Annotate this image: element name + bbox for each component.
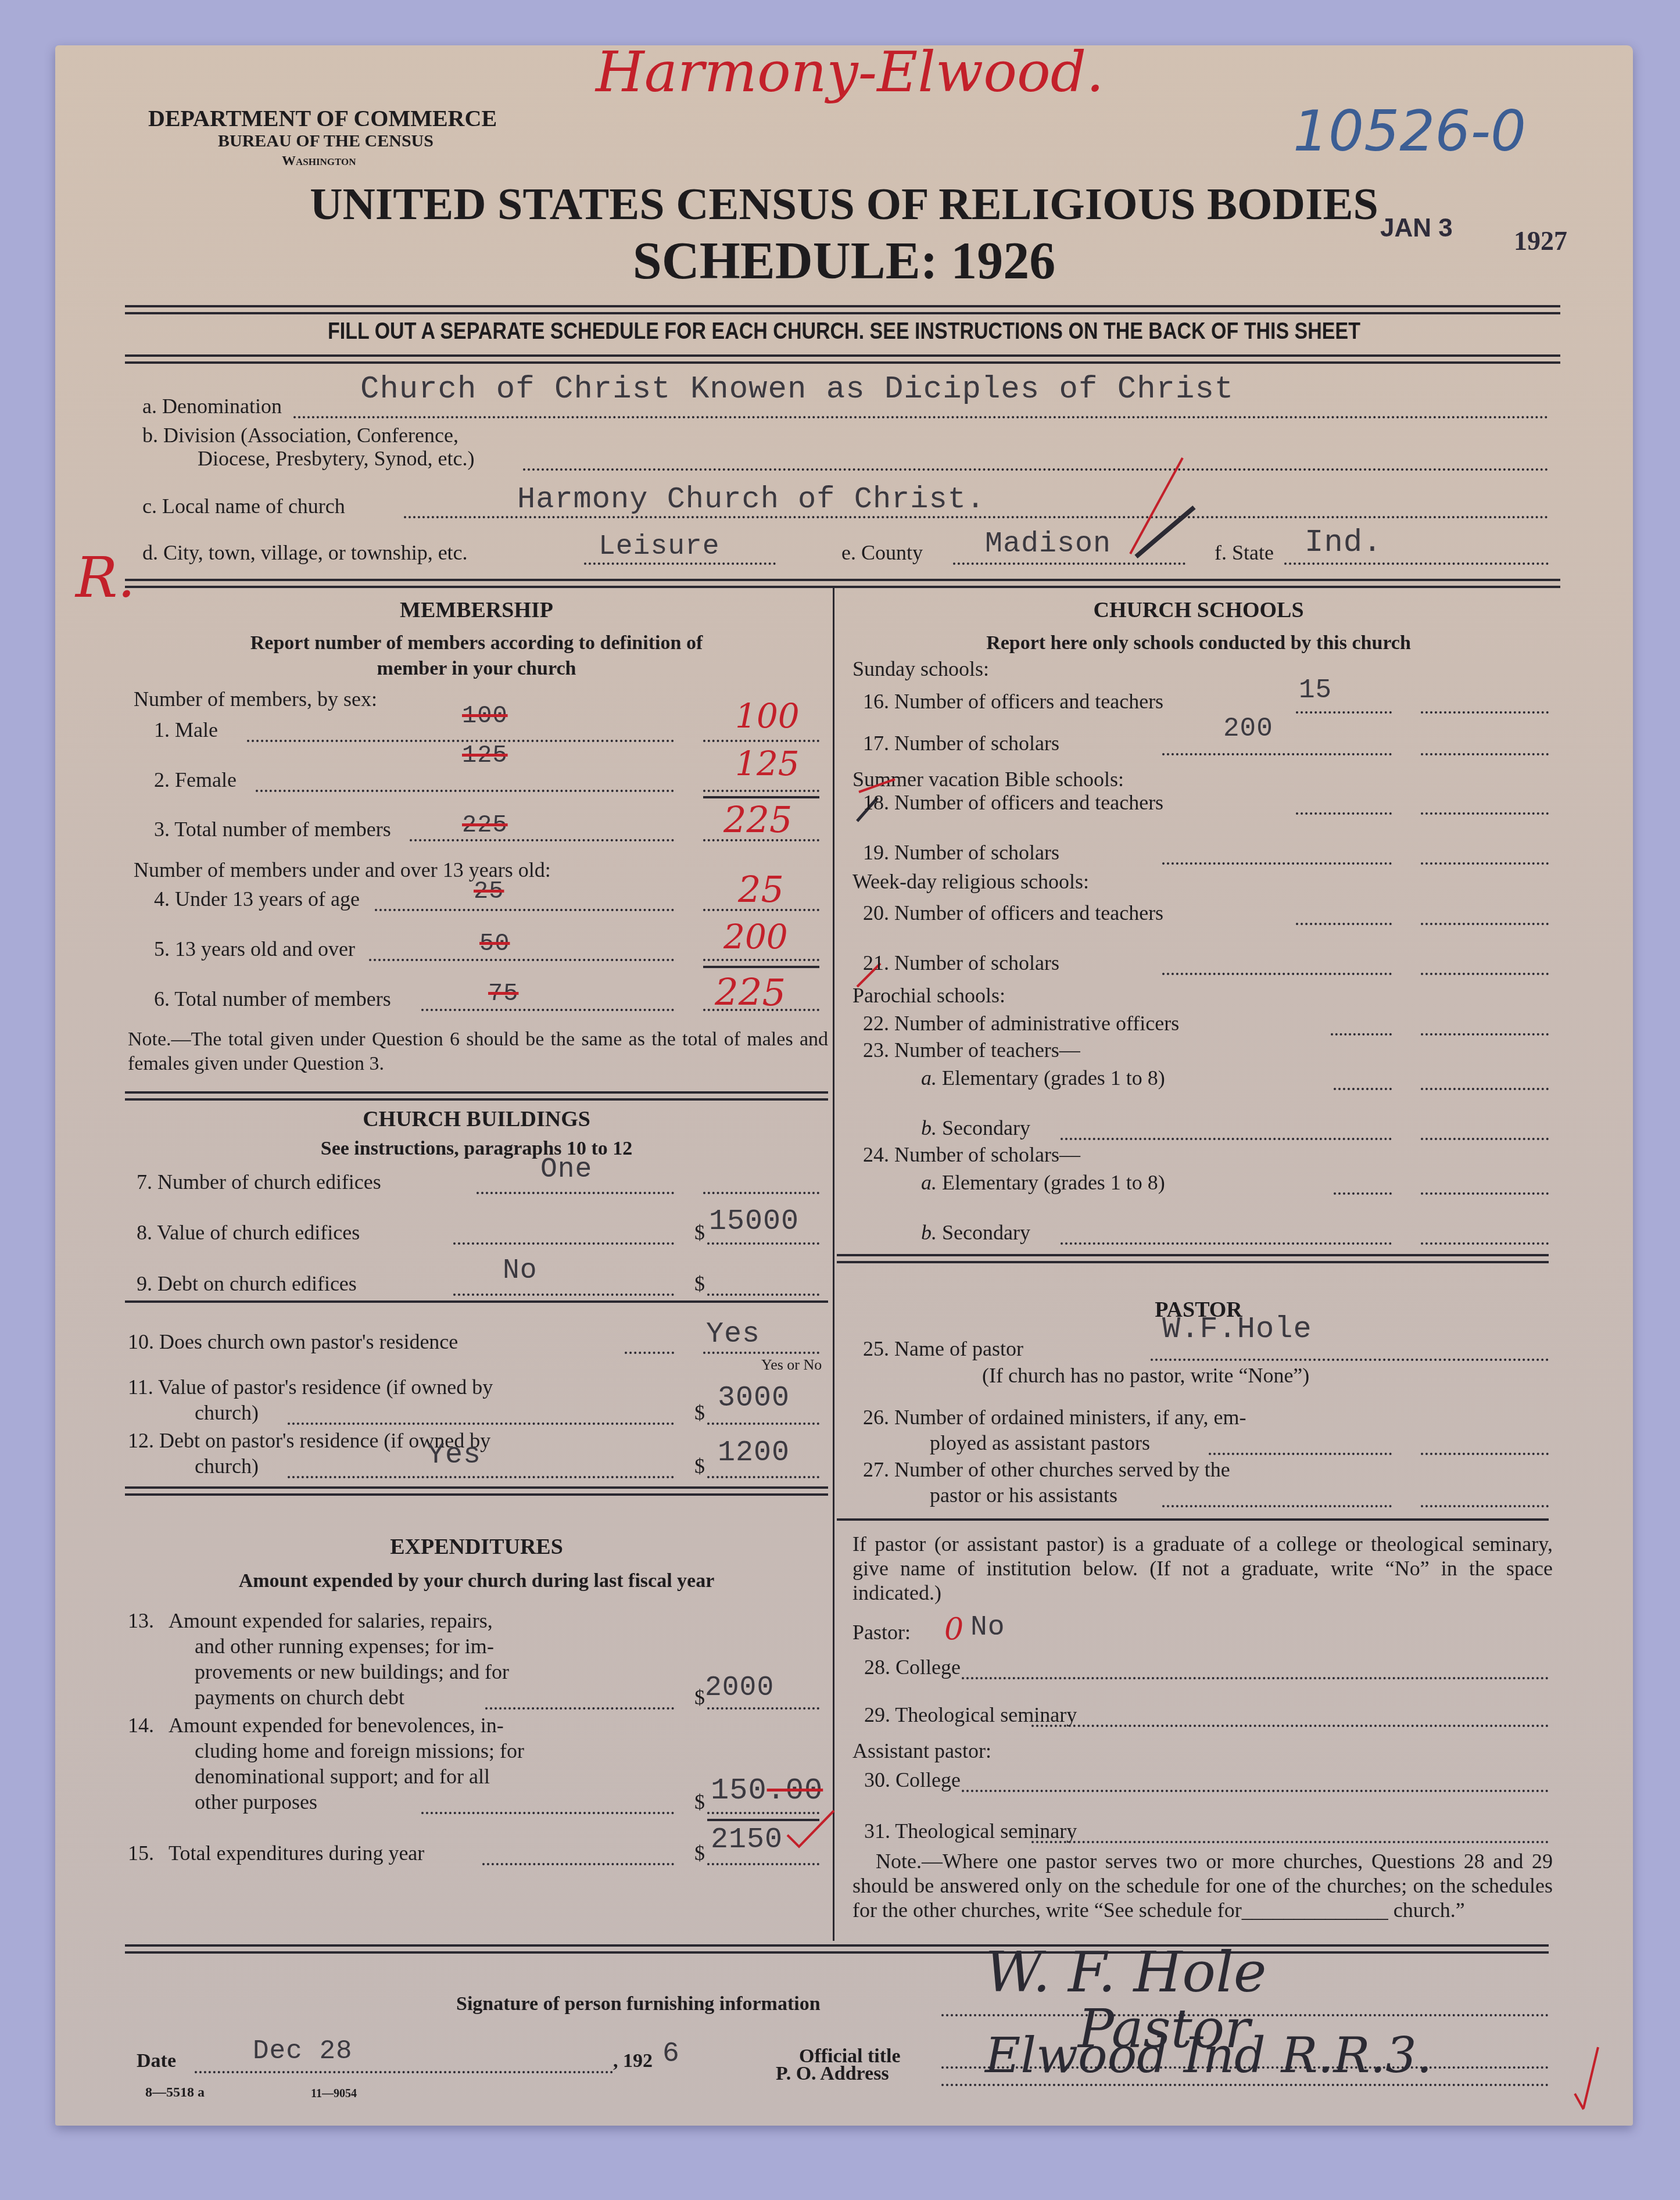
school-20-label: 20. Number of officers and teachers xyxy=(863,901,1163,925)
school-19-field[interactable] xyxy=(1162,862,1392,865)
received-stamp-year: 1927 xyxy=(1514,225,1567,256)
school-23b-field[interactable] xyxy=(1061,1138,1392,1140)
school-23a-label: a. Elementary (grades 1 to 8) xyxy=(921,1066,1165,1090)
assistant-pastor-label: Assistant pastor: xyxy=(852,1739,991,1763)
dollar-sign: $ xyxy=(694,1271,705,1296)
over-13-label: 5. 13 years old and over xyxy=(154,937,355,961)
over-13-corrected-value[interactable]: 200 xyxy=(723,917,788,956)
expense-14-label-4: other purposes xyxy=(195,1790,317,1814)
residence-value-field[interactable]: 3000 xyxy=(718,1382,790,1415)
denomination-field[interactable]: Church of Christ Knowen as Diciples of C… xyxy=(360,372,1234,407)
po-address-label: P. O. Address xyxy=(776,2063,889,2085)
under-13-corrected-value[interactable]: 25 xyxy=(738,868,784,911)
pastor-name-field[interactable]: W.F.Hole xyxy=(1162,1312,1312,1346)
bureau-city: Washington xyxy=(282,153,356,169)
expense-15-label: Total expenditures during year xyxy=(169,1841,424,1865)
city-field[interactable]: Leisure xyxy=(599,531,720,562)
department-name: DEPARTMENT OF COMMERCE xyxy=(148,105,497,132)
denomination-label: a. Denomination xyxy=(142,394,282,418)
school-22-label: 22. Number of administrative officers xyxy=(863,1011,1179,1035)
seminary-31-label: 31. Theological seminary xyxy=(864,1819,1077,1843)
buildings-divider xyxy=(125,1486,828,1496)
school-24-label: 24. Number of scholars— xyxy=(863,1142,1080,1167)
total-by-age-label: 6. Total number of members xyxy=(154,987,391,1011)
schools-divider xyxy=(837,1254,1549,1263)
college-30-field[interactable] xyxy=(962,1790,1549,1792)
date-year-prefix: , 192 xyxy=(613,2050,653,2072)
school-23-label: 23. Number of teachers— xyxy=(863,1038,1080,1062)
print-number: 11—9054 xyxy=(311,2087,357,2101)
membership-subheading-cont: member in your church xyxy=(125,658,828,680)
identification-divider xyxy=(125,579,1560,588)
seminary-29-field[interactable] xyxy=(1031,1725,1549,1727)
footer-divider xyxy=(125,1944,1549,1954)
school-21-label: 21. Number of scholars xyxy=(863,951,1059,975)
owns-residence-label: 10. Does church own pastor's residence xyxy=(128,1330,458,1354)
college-30-label: 30. College xyxy=(864,1768,961,1792)
expense-13-label-2: and other running expenses; for im- xyxy=(195,1634,494,1658)
expense-13-label: Amount expended for salaries, repairs, xyxy=(169,1608,493,1633)
date-label: Date xyxy=(137,2050,176,2072)
date-field[interactable]: Dec 28 xyxy=(253,2036,353,2066)
residence-debt-amount-field[interactable]: 1200 xyxy=(718,1436,790,1470)
school-20-field[interactable] xyxy=(1296,923,1392,925)
other-churches-field[interactable] xyxy=(1162,1505,1392,1507)
membership-heading: MEMBERSHIP xyxy=(125,597,828,623)
school-17-label: 17. Number of scholars xyxy=(863,731,1059,755)
buildings-heading: CHURCH BUILDINGS xyxy=(125,1106,828,1132)
school-24a-field[interactable] xyxy=(1334,1192,1392,1195)
total-members-label: 3. Total number of members xyxy=(154,817,391,841)
school-16-field[interactable]: 15 xyxy=(1299,675,1332,705)
date-year-field[interactable]: 6 xyxy=(662,2038,680,2070)
file-number: 10526-0 xyxy=(1293,99,1526,164)
male-typed-value: 100 xyxy=(462,702,508,730)
pastor-education-label: Pastor: xyxy=(852,1620,911,1644)
residence-value-label-cont: church) xyxy=(195,1400,259,1425)
school-23a-field[interactable] xyxy=(1334,1088,1392,1090)
total-typed-value: 225 xyxy=(462,811,508,839)
expenditures-subheading: Amount expended by your church during la… xyxy=(125,1570,828,1592)
pastor-education-mark: 0 xyxy=(944,1612,963,1647)
edifices-value-field[interactable]: 15000 xyxy=(709,1205,799,1238)
under-13-typed-value: 25 xyxy=(474,877,504,905)
signature-field[interactable]: W. F. Hole xyxy=(985,1940,1267,2005)
po-address-field[interactable]: Elwood Ind R.R.3. xyxy=(985,2027,1432,2084)
dollar-sign: $ xyxy=(694,1454,705,1478)
school-18-label: 18. Number of officers and teachers xyxy=(863,790,1163,815)
residence-debt-field[interactable]: Yes xyxy=(427,1439,481,1472)
owns-residence-field[interactable]: Yes xyxy=(706,1318,760,1351)
schools-heading: CHURCH SCHOOLS xyxy=(837,597,1560,623)
expense-13-field[interactable]: 2000 xyxy=(705,1672,774,1704)
expenditures-heading: EXPENDITURES xyxy=(125,1534,828,1560)
school-24b-label: b. Secondary xyxy=(921,1220,1030,1245)
expense-13-num: 13. xyxy=(128,1608,154,1633)
header-divider xyxy=(125,305,1560,314)
edifices-debt-field[interactable]: No xyxy=(503,1255,538,1287)
school-18-field[interactable] xyxy=(1296,812,1392,815)
total-corrected-value[interactable]: 225 xyxy=(723,798,792,841)
dollar-sign: $ xyxy=(694,1841,705,1865)
column-divider xyxy=(833,587,834,1941)
check-mark-icon xyxy=(1113,452,1206,568)
received-stamp-date: JAN 3 xyxy=(1380,214,1453,243)
total-by-age-typed-value: 75 xyxy=(488,980,518,1008)
school-21-field[interactable] xyxy=(1162,973,1392,975)
expense-15-field[interactable]: 2150 xyxy=(711,1823,783,1857)
membership-note: Note.—The total given under Question 6 s… xyxy=(128,1027,828,1076)
schools-subheading: Report here only schools conducted by th… xyxy=(837,632,1560,654)
school-17-field[interactable]: 200 xyxy=(1223,714,1273,744)
total-by-age-corrected-value[interactable]: 225 xyxy=(715,972,786,1015)
assistant-pastors-label: 26. Number of ordained ministers, if any… xyxy=(863,1405,1246,1429)
parochial-schools-label: Parochial schools: xyxy=(852,983,1005,1008)
dollar-sign: $ xyxy=(694,1685,705,1710)
buildings-subheading: See instructions, paragraphs 10 to 12 xyxy=(125,1138,828,1160)
dollar-sign: $ xyxy=(694,1400,705,1425)
male-corrected-value[interactable]: 100 xyxy=(735,696,800,736)
check-mark-icon xyxy=(1569,2044,1604,2126)
instruction-banner: FILL OUT A SEPARATE SCHEDULE FOR EACH CH… xyxy=(174,318,1515,345)
residence-value-label: 11. Value of pastor's residence (if owne… xyxy=(128,1375,493,1399)
other-churches-label-cont: pastor or his assistants xyxy=(930,1483,1117,1507)
other-churches-label: 27. Number of other churches served by t… xyxy=(863,1457,1230,1482)
seminary-31-field[interactable] xyxy=(1031,1841,1549,1843)
school-24a-label: a. Elementary (grades 1 to 8) xyxy=(921,1170,1165,1195)
edifices-count-field[interactable]: One xyxy=(540,1154,592,1185)
membership-subheading: Report number of members according to de… xyxy=(125,632,828,654)
county-field[interactable]: Madison xyxy=(985,528,1111,561)
membership-divider xyxy=(125,1091,828,1101)
division-label-cont: Diocese, Presbytery, Synod, etc.) xyxy=(198,446,475,471)
expense-14-label-2: cluding home and foreign missions; for xyxy=(195,1739,524,1763)
edifices-value-label: 8. Value of church edifices xyxy=(137,1220,360,1245)
female-typed-value: 125 xyxy=(462,741,508,769)
yes-no-hint: Yes or No xyxy=(761,1356,822,1374)
school-19-label: 19. Number of scholars xyxy=(863,840,1059,865)
state-label: f. State xyxy=(1215,540,1274,565)
division-field[interactable] xyxy=(523,468,1549,471)
over-13-typed-value: 50 xyxy=(479,930,510,958)
pastor-name-label: 25. Name of pastor xyxy=(863,1337,1023,1361)
assistant-pastors-label-cont: ployed as assistant pastors xyxy=(930,1431,1150,1455)
signature-label: Signature of person furnishing informati… xyxy=(456,1993,821,2015)
expense-15-num: 15. xyxy=(128,1841,154,1865)
members-by-sex-label: Number of members, by sex: xyxy=(134,687,377,711)
school-22-field[interactable] xyxy=(1331,1033,1392,1035)
education-instructions: If pastor (or assistant pastor) is a gra… xyxy=(852,1532,1553,1605)
female-label: 2. Female xyxy=(154,768,237,792)
under-13-label: 4. Under 13 years of age xyxy=(154,887,360,911)
college-28-field[interactable] xyxy=(962,1677,1549,1679)
division-label: b. Division (Association, Conference, xyxy=(142,423,458,447)
expense-14-field: 150.00 xyxy=(711,1773,823,1808)
school-24b-field[interactable] xyxy=(1061,1242,1392,1245)
census-schedule-sheet: Harmony-Elwood. DEPARTMENT OF COMMERCE B… xyxy=(55,45,1633,2126)
handwritten-church-name: Harmony-Elwood. xyxy=(596,40,1104,105)
expense-14-num: 14. xyxy=(128,1713,154,1737)
school-16-label: 16. Number of officers and teachers xyxy=(863,689,1163,714)
local-name-field[interactable]: Harmony Church of Christ. xyxy=(517,482,985,517)
edifices-count-label: 7. Number of church edifices xyxy=(137,1170,381,1194)
local-name-label: c. Local name of church xyxy=(142,494,345,518)
state-field[interactable]: Ind. xyxy=(1305,525,1382,561)
county-label: e. County xyxy=(841,540,923,565)
assistant-pastors-field[interactable] xyxy=(1209,1453,1392,1455)
school-23b-label: b. Secondary xyxy=(921,1116,1030,1140)
banner-divider xyxy=(125,354,1560,364)
pastor-note: Note.—Where one pastor serves two or mor… xyxy=(852,1849,1553,1922)
city-label: d. City, town, village, or township, etc… xyxy=(142,540,468,565)
bureau-name: BUREAU OF THE CENSUS xyxy=(218,131,434,151)
weekday-schools-label: Week-day religious schools: xyxy=(852,869,1089,894)
college-28-label: 28. College xyxy=(864,1655,961,1679)
edifices-debt-amount-field[interactable] xyxy=(707,1294,819,1296)
form-number: 8—5518 a xyxy=(145,2085,205,2101)
male-label: 1. Male xyxy=(154,718,218,742)
pastor-name-hint: (If church has no pastor, write “None”) xyxy=(982,1363,1309,1388)
edifices-debt-label: 9. Debt on church edifices xyxy=(137,1271,357,1296)
expense-14-label-3: denominational support; and for all xyxy=(195,1764,490,1789)
check-mark-icon xyxy=(785,1806,837,1853)
dollar-sign: $ xyxy=(694,1220,705,1245)
expense-13-label-4: payments on church debt xyxy=(195,1685,404,1710)
female-corrected-value[interactable]: 125 xyxy=(735,744,800,783)
dollar-sign: $ xyxy=(694,1790,705,1814)
expense-13-label-3: provements or new buildings; and for xyxy=(195,1660,509,1684)
pastor-education-field[interactable]: No xyxy=(970,1612,1005,1643)
seminary-29-label: 29. Theological seminary xyxy=(864,1703,1077,1727)
residence-debt-label-cont: church) xyxy=(195,1454,259,1478)
expense-14-label: Amount expended for benevolences, in- xyxy=(169,1713,504,1737)
sunday-schools-label: Sunday schools: xyxy=(852,657,989,681)
